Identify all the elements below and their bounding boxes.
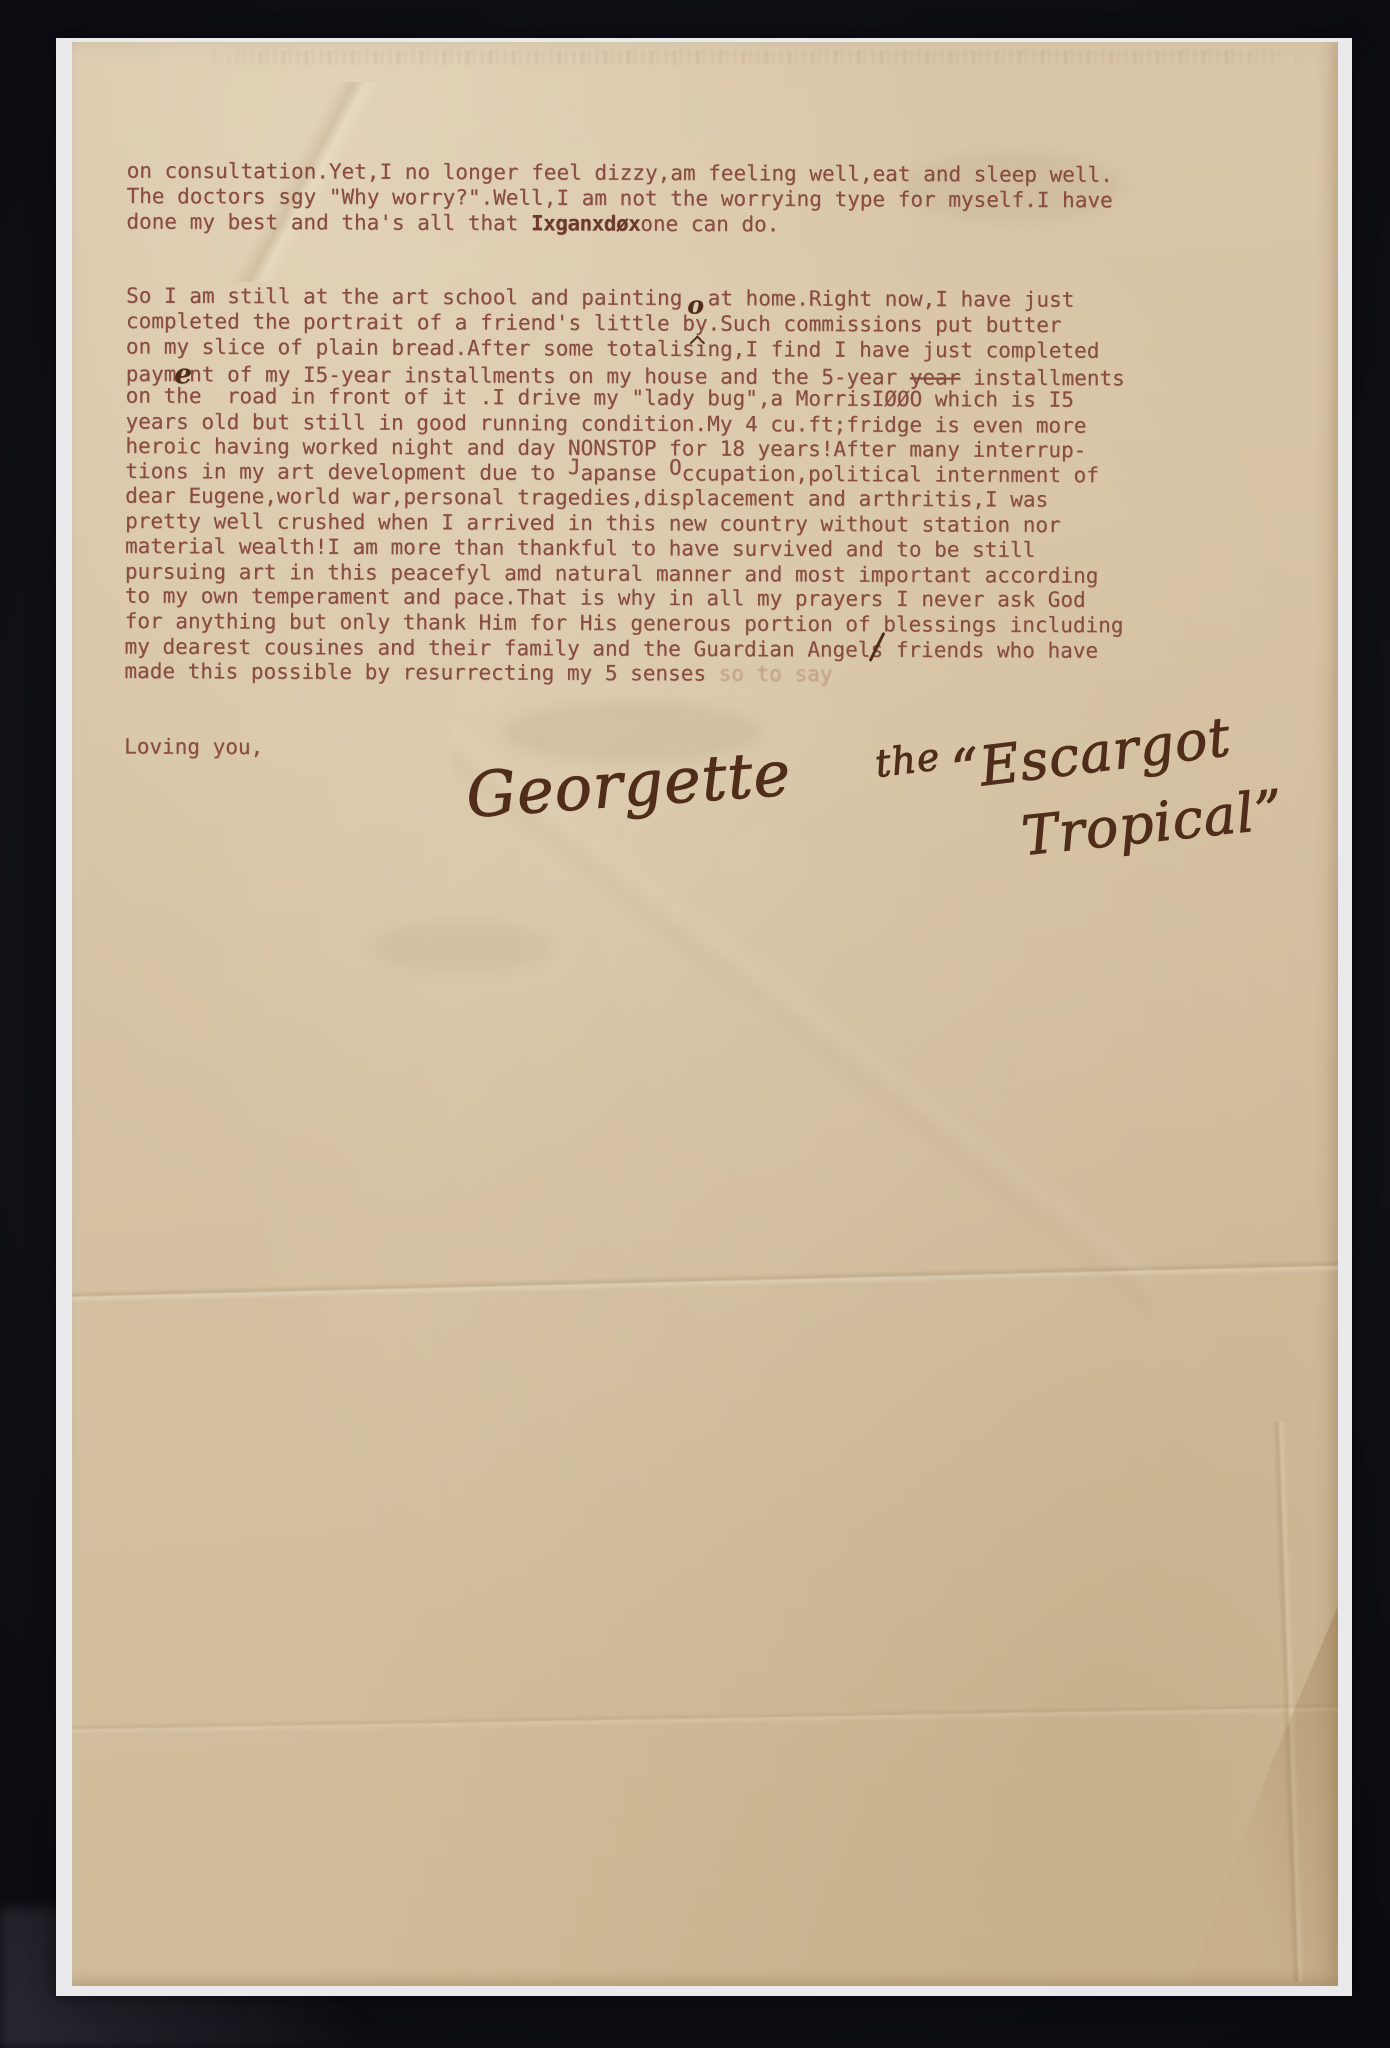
typed-line: my dearest cousines and their family and… bbox=[124, 634, 1274, 664]
typed-line: dear Eugene,world war,personal tragedies… bbox=[125, 484, 1275, 514]
signature-word-the: the bbox=[873, 734, 943, 786]
typed-segment: my dearest cousines and their family and… bbox=[124, 634, 870, 661]
typed-line: on my slice of plain bread.After some to… bbox=[126, 334, 1276, 364]
typed-segment: s bbox=[870, 638, 883, 662]
typed-segment: on consultation.Yet,I no longer feel diz… bbox=[127, 159, 1113, 187]
typed-segment: pretty well crushed when I arrived in th… bbox=[125, 509, 1061, 537]
paper-crease-right bbox=[1270, 1422, 1304, 1982]
ghost-typewriter-impression bbox=[190, 50, 1326, 65]
typed-segment: Ixganxdøx bbox=[531, 211, 640, 235]
handwritten-correction: o bbox=[687, 292, 704, 317]
typed-segment: apanse bbox=[580, 461, 669, 485]
typed-line: done my best and tha's all that Ixganxdø… bbox=[126, 209, 1276, 239]
typed-segment: on my slice of plain bread.After some to… bbox=[126, 334, 1100, 362]
paper-fold-lower bbox=[72, 1697, 1338, 1737]
signature-svg: Georgette the “Escargot Tropical” bbox=[372, 677, 1372, 927]
typed-segment: done my best and tha's all that bbox=[126, 209, 531, 235]
typed-line: to my own temperament and pace.That is w… bbox=[125, 584, 1275, 614]
typed-segment: one can do. bbox=[640, 212, 779, 237]
typed-segment: material wealth!I am more than thankful … bbox=[125, 534, 1035, 562]
letter-paper: on consultation.Yet,I no longer feel diz… bbox=[72, 42, 1338, 1986]
typed-segment: .Such commissions put butter bbox=[708, 312, 1062, 338]
typed-segment: J bbox=[568, 455, 581, 479]
paper-fold-middle bbox=[72, 1257, 1338, 1303]
typed-segment: friends who have bbox=[883, 638, 1098, 663]
typed-segment: on the road in front of it .I drive my "… bbox=[126, 384, 1074, 412]
typed-segment: for anything but only thank Him for His … bbox=[125, 609, 1124, 637]
typed-segment: heroic having worked night and day NONST… bbox=[125, 434, 1086, 462]
typed-line: years old but still in good running cond… bbox=[125, 409, 1275, 439]
signature-word-tropical: Tropical” bbox=[1019, 778, 1287, 868]
typed-segment: byo bbox=[682, 311, 707, 335]
typed-line: on consultation.Yet,I no longer feel diz… bbox=[127, 159, 1277, 189]
typed-segment: ccupation,political internment of bbox=[682, 461, 1099, 487]
typed-segment: paym bbox=[126, 362, 177, 386]
signature-name: Georgette bbox=[464, 736, 793, 831]
paper-stain bbox=[372, 922, 552, 972]
typed-segment: dear Eugene,world war,personal tragedies… bbox=[125, 484, 1048, 512]
typed-segment: tions in my art development due to bbox=[125, 459, 568, 485]
typed-segment: completed the portrait of a friend's lit… bbox=[126, 309, 682, 335]
torn-corner-bottom-right bbox=[1188, 1606, 1338, 1986]
typed-segment: So I am still at the art school and pain… bbox=[126, 284, 1074, 312]
typed-segment: years old but still in good running cond… bbox=[125, 409, 1086, 437]
typed-segment: The doctors sgy "Why worry?".Well,I am n… bbox=[126, 184, 1112, 212]
paragraph: So I am still at the art school and pain… bbox=[124, 284, 1276, 689]
typed-segment: year bbox=[910, 365, 961, 389]
paragraph: on consultation.Yet,I no longer feel diz… bbox=[126, 159, 1276, 239]
paper-backing-sheet: on consultation.Yet,I no longer feel diz… bbox=[56, 38, 1352, 1996]
typed-line: on the road in front of it .I drive my "… bbox=[126, 384, 1276, 414]
typed-segment: O bbox=[669, 455, 682, 479]
typed-segment: to my own temperament and pace.That is w… bbox=[125, 584, 1086, 612]
